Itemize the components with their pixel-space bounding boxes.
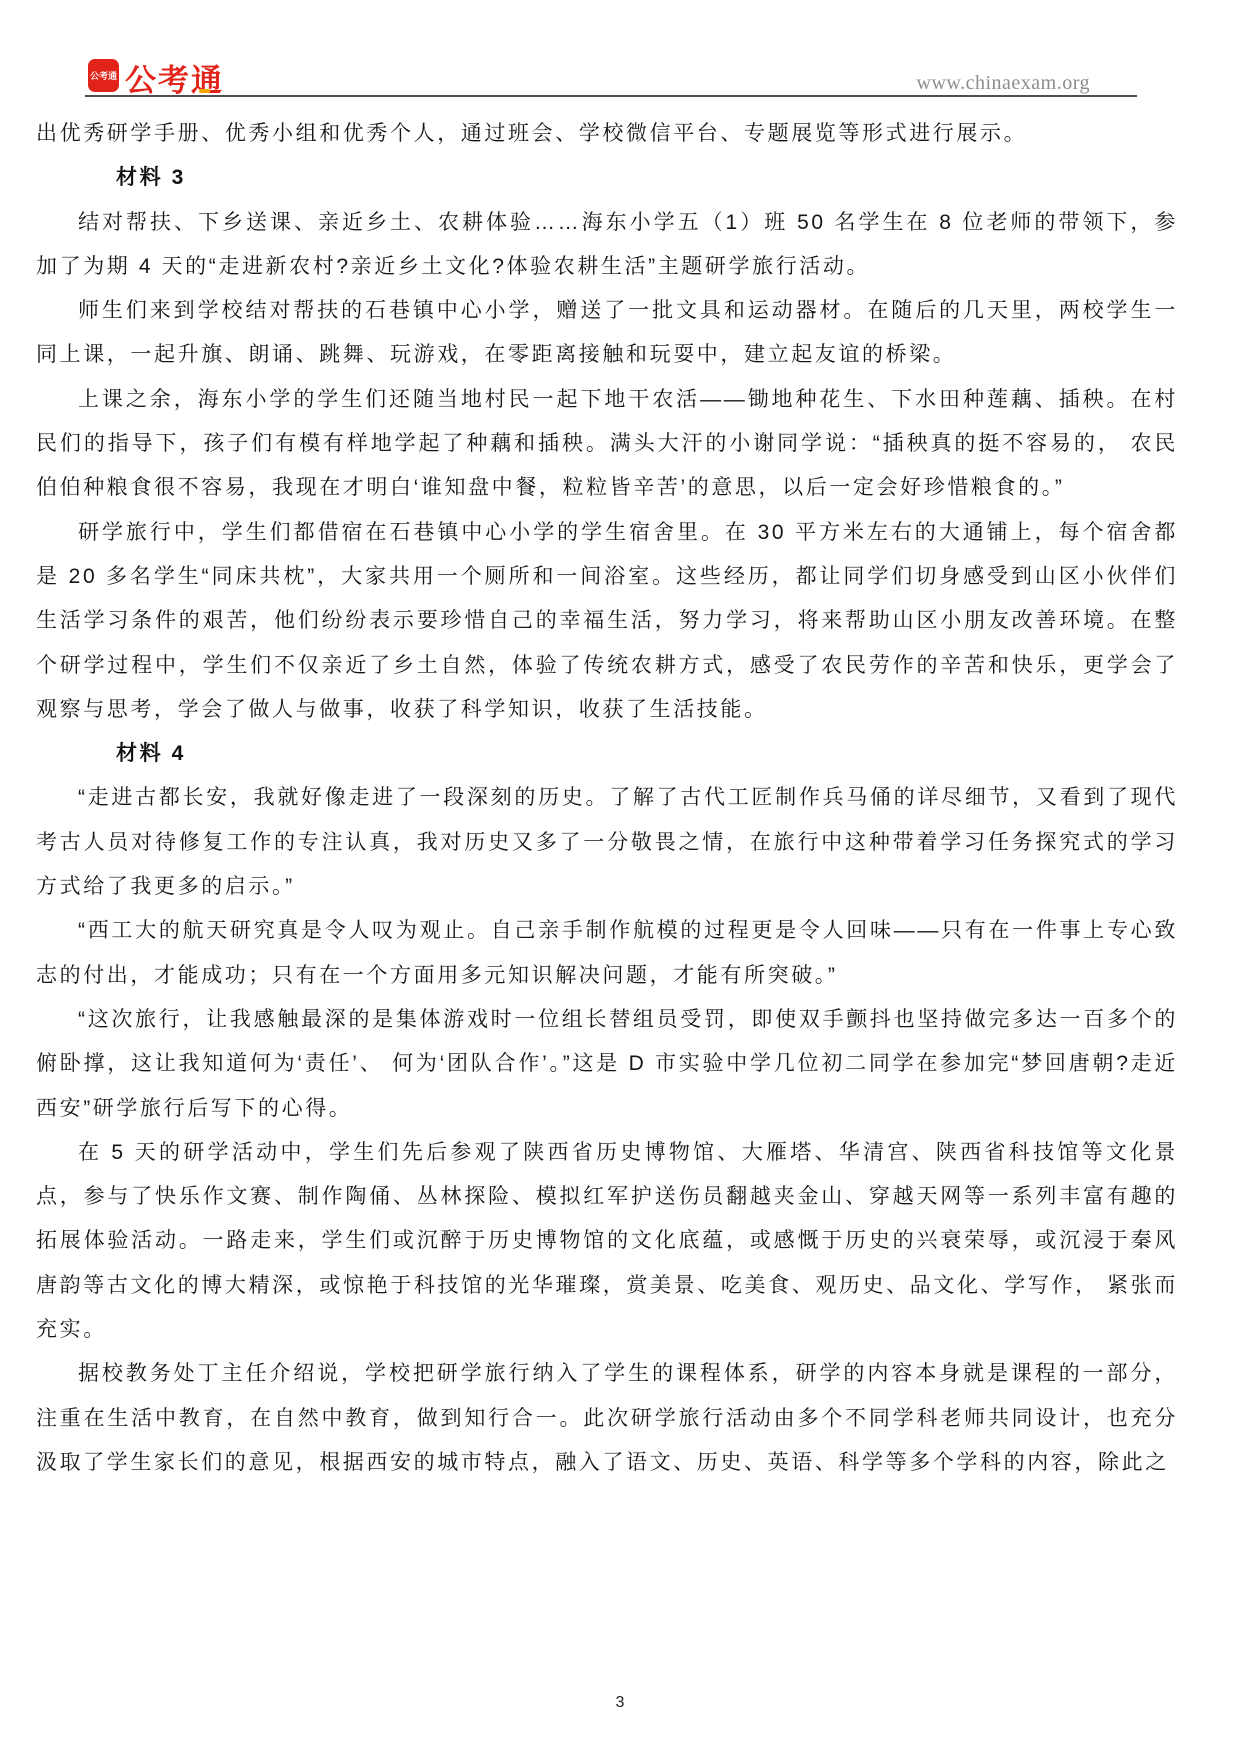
body-paragraph: “这次旅行，让我感触最深的是集体游戏时一位组长替组员受罚，即使双手颤抖也坚持做完… [36,998,1178,1131]
document-body: 出优秀研学手册、优秀小组和优秀个人，通过班会、学校微信平台、专题展览等形式进行展… [36,112,1178,1485]
body-paragraph: 在 5 天的研学活动中，学生们先后参观了陕西省历史博物馆、大雁塔、华清宫、陕西省… [36,1131,1178,1352]
body-paragraph: 上课之余，海东小学的学生们还随当地村民一起下地干农活——锄地种花生、下水田种莲藕… [36,378,1178,511]
website-url: www.chinaexam.org [917,72,1090,95]
gongkaotong-logo-icon: 公考通 [88,59,119,92]
body-paragraph: “走进古都长安，我就好像走进了一段深刻的历史。了解了古代工匠制作兵马俑的详尽细节… [36,776,1178,909]
body-paragraph: “西工大的航天研究真是令人叹为观止。自己亲手制作航模的过程更是令人回味——只有在… [36,909,1178,998]
brand-name: 公考通 [125,55,224,100]
material-3-heading: 材料 3 [116,156,1178,200]
document-page: 公考通 公考通 www.chinaexam.org 出优秀研学手册、优秀小组和优… [0,0,1240,1754]
material-4-heading: 材料 4 [116,732,1178,776]
body-paragraph: 研学旅行中，学生们都借宿在石巷镇中心小学的学生宿舍里。在 30 平方米左右的大通… [36,511,1178,732]
brand-accent-mark [199,89,210,93]
body-paragraph: 师生们来到学校结对帮扶的石巷镇中心小学，赠送了一批文具和运动器材。在随后的几天里… [36,289,1178,378]
body-paragraph: 结对帮扶、下乡送课、亲近乡土、农耕体验……海东小学五（1）班 50 名学生在 8… [36,201,1178,290]
page-number: 3 [0,1694,1240,1712]
continued-paragraph: 出优秀研学手册、优秀小组和优秀个人，通过班会、学校微信平台、专题展览等形式进行展… [36,112,1178,156]
body-paragraph: 据校教务处丁主任介绍说，学校把研学旅行纳入了学生的课程体系，研学的内容本身就是课… [36,1352,1178,1485]
header-divider [85,95,1137,97]
